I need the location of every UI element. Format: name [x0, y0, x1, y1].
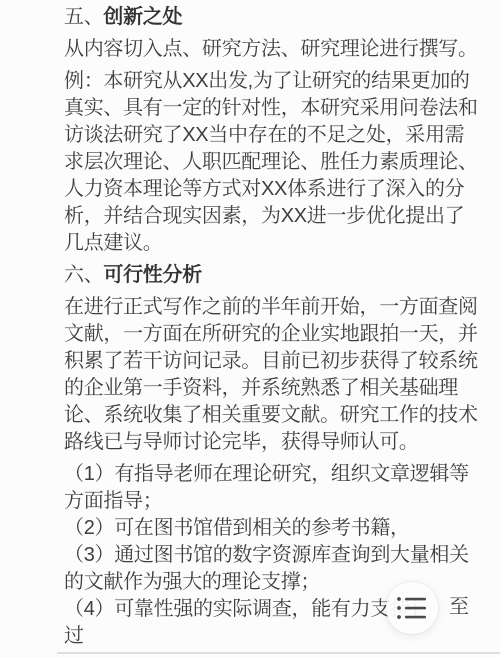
text-line: 例：本研究从XX出发,为了让研究的结果更加的: [64, 68, 500, 95]
section-title: 可行性分析: [103, 264, 202, 286]
bottom-divider: [57, 652, 500, 654]
text-line: 真实、具有一定的针对性，本研究采用问卷法和: [64, 95, 500, 122]
text-line: 求层次理论、人职匹配理论、胜任力素质理论、: [64, 149, 500, 176]
paragraph: 在进行正式写作之前的半年前开始，一方面查阅 文献，一方面在所研究的企业实地跟拍一…: [64, 294, 500, 456]
list-menu-icon: [396, 595, 428, 621]
text-line: 的企业第一手资料，并系统熟悉了相关基础理: [64, 375, 500, 402]
numbered-item: （3）通过图书馆的数字资源库查询到大量相关 的文献作为强大的理论支撑；: [64, 542, 500, 596]
text-line: （2）可在图书馆借到相关的参考书籍，: [64, 515, 500, 542]
section-heading: 五、创新之处: [64, 4, 500, 31]
section-title: 创新之处: [103, 6, 182, 28]
text-line: 文献，一方面在所研究的企业实地跟拍一天，并: [64, 321, 500, 348]
paragraph: 从内容切入点、研究方法、研究理论进行撰写。: [64, 36, 500, 63]
numbered-item: （2）可在图书馆借到相关的参考书籍，: [64, 515, 500, 542]
section-number: 五、: [64, 6, 103, 28]
text-line: 的文献作为强大的理论支撑；: [64, 569, 500, 596]
text-line: 论、系统收集了相关重要文献。研究工作的技术: [64, 402, 500, 429]
text-line: 访谈法研究了XX当中存在的不足之处，采用需: [64, 122, 500, 149]
numbered-item: （1）有指导老师在理论研究，组织文章逻辑等 方面指导；: [64, 461, 500, 515]
text-line: 方面指导；: [64, 488, 500, 515]
section-number: 六、: [64, 264, 103, 286]
text-line: 在进行正式写作之前的半年前开始，一方面查阅: [64, 294, 500, 321]
text-line: 过: [64, 623, 500, 650]
text-line: 从内容切入点、研究方法、研究理论进行撰写。: [64, 38, 478, 60]
text-line: （1）有指导老师在理论研究，组织文章逻辑等: [64, 461, 500, 488]
occluded-char: 至: [449, 596, 469, 618]
text-line: 路线已与导师讨论完毕，获得导师认可。: [64, 429, 500, 456]
text-line: 积累了若干访问记录。目前已初步获得了较系统: [64, 348, 500, 375]
article-body: 五、创新之处 从内容切入点、研究方法、研究理论进行撰写。 例：本研究从XX出发,…: [0, 0, 500, 658]
text-line: 几点建议。: [64, 230, 500, 257]
section-heading: 六、可行性分析: [64, 262, 500, 289]
paragraph: 例：本研究从XX出发,为了让研究的结果更加的 真实、具有一定的针对性，本研究采用…: [64, 68, 500, 257]
text-line: （3）通过图书馆的数字资源库查询到大量相关: [64, 542, 500, 569]
floating-list-button[interactable]: [386, 582, 438, 634]
text-line: 析，并结合现实因素，为XX进一步优化提出了: [64, 203, 500, 230]
text-line: 人力资本理论等方式对XX体系进行了深入的分: [64, 176, 500, 203]
